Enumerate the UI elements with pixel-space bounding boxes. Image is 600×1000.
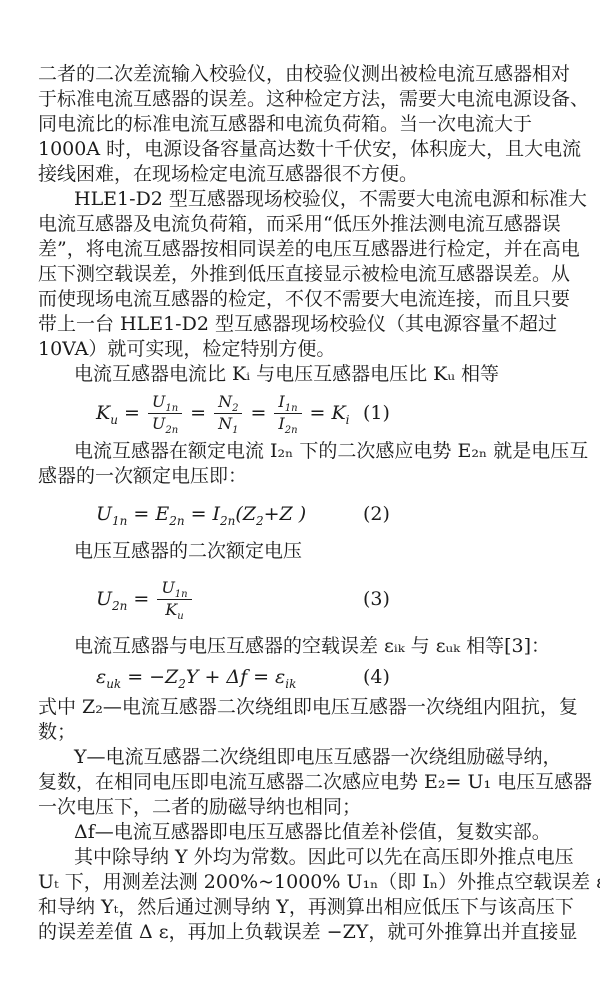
equation-number: (4) <box>363 666 390 688</box>
text-line: 电压互感器的二次额定电压 <box>38 539 572 564</box>
text-line: 电流互感器及电流负荷箱，而采用“低压外推法测电流互感器误 <box>38 212 572 237</box>
text-line: Uₜ 下，用测差法测 200%~1000% U₁ₙ（即 Iₙ）外推点空载误差 ε… <box>38 870 572 895</box>
math-token: = <box>253 666 269 688</box>
text-line: 其中除导纳 Y 外均为常数。因此可以先在高压即外推点电压 <box>38 845 572 870</box>
text-line: 带上一台 HLE1-D2 型互感器现场校验仪（其电源容量不超过 <box>38 312 572 337</box>
math-token: Δf <box>226 666 247 688</box>
document-page: 二者的二次差流输入校验仪，由校验仪测出被检电流互感器相对 于标准电流互感器的误差… <box>0 0 600 1000</box>
equation-3: U2n = U1n Ku (3) <box>38 564 572 634</box>
math-token: εik <box>275 666 296 688</box>
text-line: 电流互感器在额定电流 I₂ₙ 下的二次感应电势 E₂ₙ 就是电压互 <box>38 439 572 464</box>
equation-number: (3) <box>363 588 390 610</box>
fraction: N2 N1 <box>214 393 242 433</box>
math-token: = <box>191 503 207 525</box>
equation-2: U1n = E2n = I2n (Z2+Z ) (2) <box>38 489 572 539</box>
fraction: U1n Ku <box>157 579 191 619</box>
math-token: = <box>124 402 140 424</box>
math-token: U1n <box>148 393 182 413</box>
equation-4: εuk = −Z2Y + Δf = εik (4) <box>38 659 572 695</box>
math-token: = <box>127 666 143 688</box>
math-token: U2n <box>148 414 182 433</box>
math-token: I2n <box>212 503 235 525</box>
text-line: 式中 Z₂—电流互感器二次绕组即电压互感器一次绕组内阻抗，复 <box>38 695 572 720</box>
fraction: U1n U2n <box>148 393 182 433</box>
text-line: 1000A 时，电源设备容量高达数十千伏安，体积庞大，且大电流 <box>38 137 572 162</box>
text-line: 一次电压下，二者的励磁导纳也相同； <box>38 795 572 820</box>
math-token: Ki <box>331 402 349 424</box>
math-token: U1n <box>96 503 127 525</box>
math-token: = <box>133 588 149 610</box>
math-token: + <box>204 666 220 688</box>
text-line: 差”，将电流互感器按相同误差的电压互感器进行检定，并在高电 <box>38 237 572 262</box>
equation-number: (1) <box>363 402 390 424</box>
math-token: I2n <box>274 414 301 433</box>
math-token: = <box>133 503 149 525</box>
fraction: I1n I2n <box>274 393 301 433</box>
math-token: U2n <box>96 588 127 610</box>
equation-number: (2) <box>363 503 390 525</box>
text-line: 感器的一次额定电压即： <box>38 464 572 489</box>
text-line: 电流互感器与电压互感器的空载误差 εᵢₖ 与 εᵤₖ 相等[3]： <box>38 634 572 659</box>
math-token: = <box>250 402 266 424</box>
math-token: U1n <box>157 579 191 599</box>
text-line: 而使现场电流互感器的检定，不仅不需要大电流连接，而且只要 <box>38 287 572 312</box>
text-line: HLE1-D2 型互感器现场校验仪，不需要大电流电源和标准大 <box>38 187 572 212</box>
math-token: E2n <box>155 503 184 525</box>
text-line: 10VA）就可实现，检定特别方便。 <box>38 337 572 362</box>
text-line: 电流互感器电流比 Kᵢ 与电压互感器电压比 Kᵤ 相等 <box>38 362 572 387</box>
math-token: (Z2+Z ) <box>235 503 306 525</box>
text-line: 同电流比的标准电流互感器和电流负荷箱。当一次电流大于 <box>38 112 572 137</box>
text-line: 复数，在相同电压即电流互感器二次感应电势 E₂= U₁ 电压互感器 <box>38 770 572 795</box>
text-line: 和导纳 Yₜ，然后通过测导纳 Y，再测算出相应低压下与该高压下 <box>38 895 572 920</box>
text-line: 接线困难，在现场检定电流互感器很不方便。 <box>38 162 572 187</box>
text-line: 于标准电流互感器的误差。这种检定方法，需要大电流电源设备、 <box>38 87 572 112</box>
math-token: I1n <box>274 393 301 413</box>
math-token: Ku <box>161 600 187 619</box>
text-line: 二者的二次差流输入校验仪，由校验仪测出被检电流互感器相对 <box>38 62 572 87</box>
equation-1: Ku = U1n U2n = N2 N1 = I1n I2n = Ki (1) <box>38 387 572 439</box>
text-line: Y—电流互感器二次绕组即电压互感器一次绕组励磁导纳， <box>38 745 572 770</box>
text-line: 的误差差值 Δ ε，再加上负载误差 −ZY，就可外推算出并直接显 <box>38 920 572 945</box>
text-line: 压下测空载误差，外推到低压直接显示被检电流互感器误差。从 <box>38 262 572 287</box>
math-token: −Z2Y <box>149 666 198 688</box>
math-token: N2 <box>214 393 242 413</box>
text-line: 数； <box>38 720 572 745</box>
math-token: N1 <box>214 414 242 433</box>
math-token: εuk <box>96 666 121 688</box>
math-token: Ku <box>96 402 118 424</box>
math-token: = <box>190 402 206 424</box>
math-token: = <box>310 402 326 424</box>
text-line: Δf—电流互感器即电压互感器比值差补偿值，复数实部。 <box>38 820 572 845</box>
